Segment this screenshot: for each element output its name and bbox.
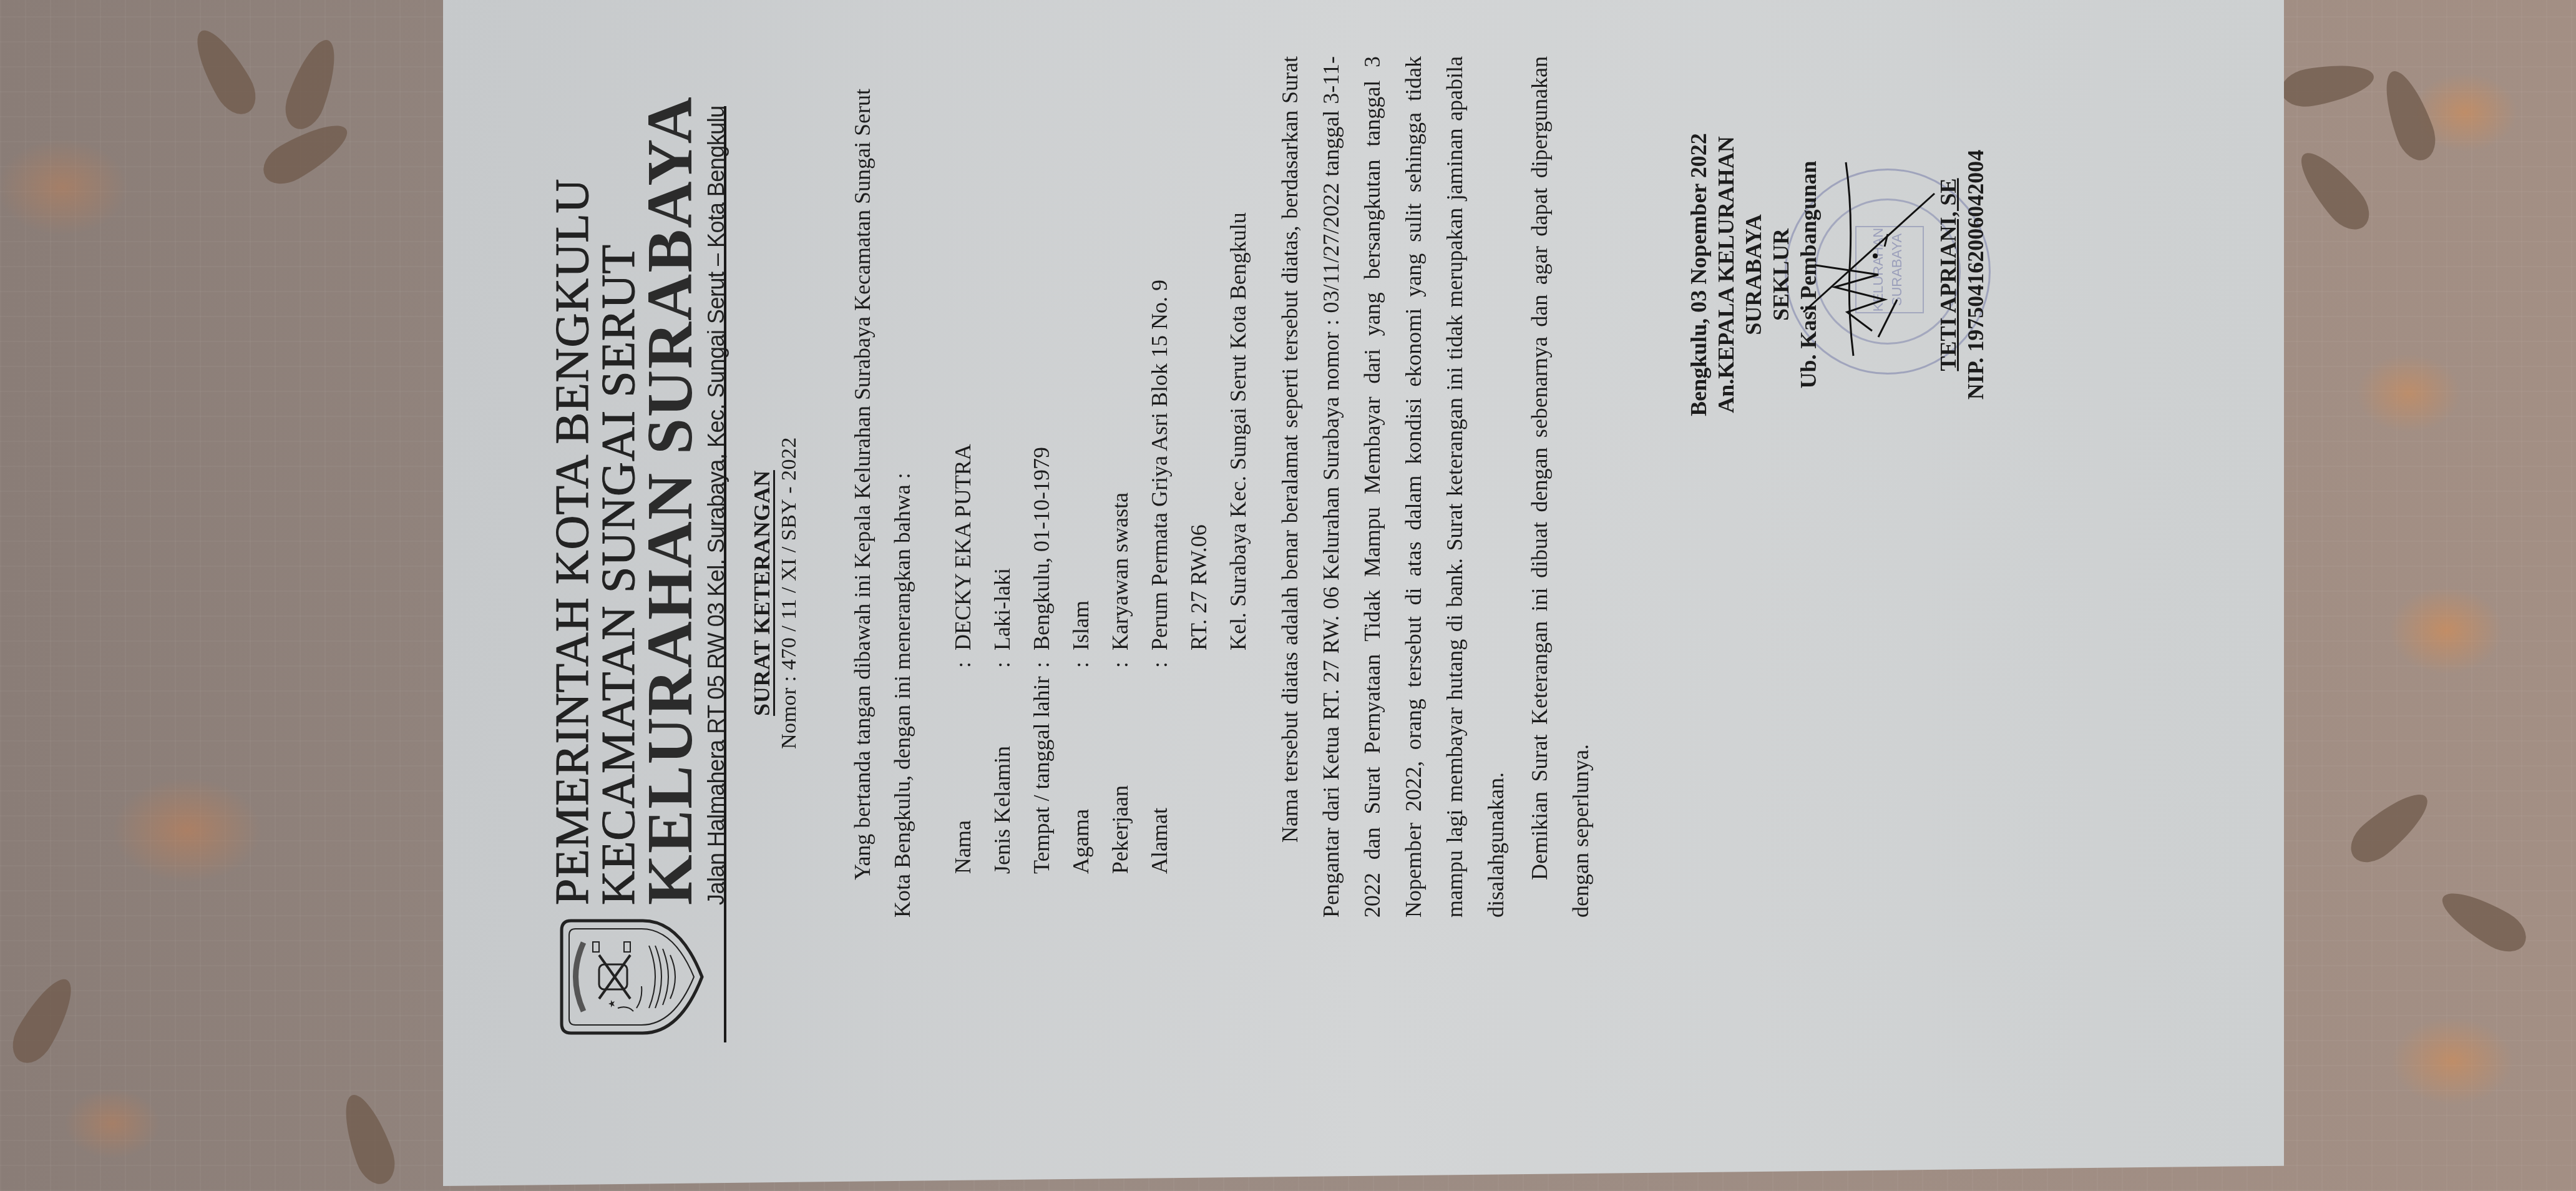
signature-place-date: Bengkulu, 03 Nopember 2022: [1685, 100, 1712, 449]
field-colon: :: [1140, 650, 1179, 668]
leaf-pattern: [2342, 783, 2437, 871]
letter-body: Yang bertanda tangan dibawah ini Kepala …: [842, 56, 1601, 918]
letter-paper: PEMERINTAH KOTA BENGKULU KECAMATAN SUNGA…: [443, 0, 2284, 1186]
leaf-pattern: [185, 22, 265, 122]
leaf-pattern: [2375, 65, 2442, 165]
leaf-pattern: [2278, 57, 2377, 110]
statement-paragraphs: Nama tersebut diatas adalah benar berala…: [1269, 56, 1601, 918]
field-row: Agama : Islam: [1061, 56, 1101, 874]
field-label: Pekerjaan: [1101, 668, 1140, 874]
field-row: Jenis Kelamin : Laki-laki: [983, 56, 1022, 874]
letterhead-village: KELURAHAN SURABAYA: [642, 106, 699, 905]
intro-line-2: Kota Bengkulu, dengan ini menerangkan ba…: [882, 56, 922, 918]
field-colon: :: [944, 650, 983, 668]
identity-fields: Nama : DECKY EKA PUTRA Jenis Kelamin : L…: [944, 56, 1258, 874]
leaf-pattern: [2434, 881, 2534, 961]
signature-on-behalf: An.KEPALA KELURAHAN SURABAYA: [1712, 100, 1767, 449]
intro-paragraph: Yang bertanda tangan dibawah ini Kepala …: [842, 56, 922, 918]
main-statement: Nama tersebut diatas adalah benar berala…: [1269, 56, 1516, 918]
leaf-pattern: [334, 1089, 402, 1189]
field-label: Tempat / tanggal lahir: [1022, 668, 1061, 874]
field-row: Nama : DECKY EKA PUTRA: [944, 56, 983, 874]
field-colon: :: [1022, 650, 1061, 668]
document-title: SURAT KETERANGAN: [749, 470, 775, 716]
field-row: Pekerjaan : Karyawan swasta: [1101, 56, 1140, 874]
field-row: Alamat : Perum Permata Griya Asri Blok 1…: [1140, 56, 1179, 874]
leaf-pattern: [4, 971, 84, 1071]
address-continuation: RT. 27 RW.06: [1179, 56, 1219, 874]
address-continuation: Kel. Surabaya Kec. Sungai Serut Kota Ben…: [1219, 56, 1258, 874]
intro-line-1: Yang bertanda tangan dibawah ini Kepala …: [842, 56, 882, 918]
closing-statement: Demikian Surat Keterangan ini dibuat den…: [1519, 56, 1601, 918]
field-value: Perum Permata Griya Asri Blok 15 No. 9: [1140, 56, 1179, 650]
document-number: Nomor : 470 / 11 / XI / SBY - 2022: [778, 0, 801, 1186]
field-label: Agama: [1061, 668, 1101, 874]
field-label: Alamat: [1140, 668, 1179, 874]
field-value: Laki-laki: [983, 56, 1022, 650]
letterhead-divider: [724, 106, 726, 1042]
field-colon: :: [983, 650, 1022, 668]
leaf-pattern: [2290, 142, 2378, 238]
signatory-nip: NIP. 197504162006042004: [1962, 100, 1989, 449]
field-value: Bengkulu, 01-10-1979: [1022, 56, 1061, 650]
leaf-pattern: [278, 34, 346, 134]
handwritten-signature-icon: [1778, 156, 1966, 381]
kota-bengkulu-emblem-icon: [555, 918, 705, 1036]
field-value: DECKY EKA PUTRA: [944, 56, 983, 650]
field-row: Tempat / tanggal lahir : Bengkulu, 01-10…: [1022, 56, 1061, 874]
field-value: Karyawan swasta: [1101, 56, 1140, 650]
field-value: Islam: [1061, 56, 1101, 650]
letter-page: PEMERINTAH KOTA BENGKULU KECAMATAN SUNGA…: [443, 0, 2284, 1186]
field-label: Nama: [944, 668, 983, 874]
field-label: Jenis Kelamin: [983, 668, 1022, 874]
field-colon: :: [1101, 650, 1140, 668]
document-title-block: SURAT KETERANGAN Nomor : 470 / 11 / XI /…: [749, 0, 801, 1186]
letterhead: PEMERINTAH KOTA BENGKULU KECAMATAN SUNGA…: [549, 112, 718, 1036]
letterhead-government: PEMERINTAH KOTA BENGKULU: [549, 106, 595, 905]
field-colon: :: [1061, 650, 1101, 668]
